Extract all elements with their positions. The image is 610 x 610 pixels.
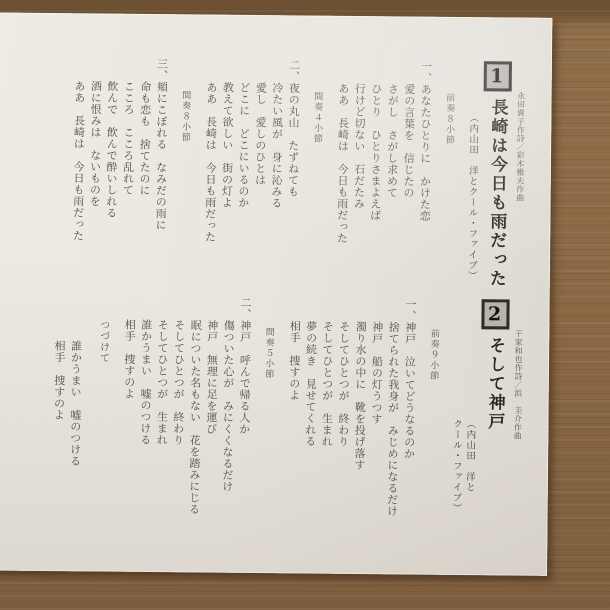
song1-interlude-2-label: 間奏８小節 [177,90,192,300]
song1-title-group: 永田貴子作詩／彩木雅夫作曲 1長崎は今日も雨だった （内山田 洋とクール・ファイ… [464,61,527,304]
song1-intro-label: 前奏８小節 [441,93,456,303]
song2-performer: （内山田 洋と クール・ファイブ） [449,419,477,565]
song2-coda-lines: 誰かうまい 嘘のつける 相手 捜すのよ [49,317,84,561]
song1-verse-3: 三、頬にこぼれる なみだの雨に 命も恋も 捨てたのに こころ こころ乱れて 飲ん… [68,57,169,300]
song2-title-column: 2そして神戸 [479,299,510,565]
song2-verse-2: 二、神戸 呼んで帰る人か 傷ついた心が みにくくなるだけ 神戸 無理に足を運び … [119,296,254,563]
song1-interlude-1-label: 間奏４小節 [309,92,324,302]
song1-performer: （内山田 洋とクール・ファイブ） [464,113,479,303]
song1-credits: 永田貴子作詩／彩木雅夫作曲 [514,92,527,304]
song2-intro-label: 前奏９小節 [426,329,441,565]
song-section-1: 永田貴子作詩／彩木雅夫作曲 1長崎は今日も雨だった （内山田 洋とクール・ファイ… [64,57,528,303]
lyric-sheet-paper: 永田貴子作詩／彩木雅夫作曲 1長崎は今日も雨だった （内山田 洋とクール・ファイ… [0,12,552,575]
song2-verse-1: 一、神戸 泣いてどうなるのか 捨てられた我身が みじめになるだけ 神戸 船の灯う… [284,297,419,564]
song2-coda-label: つづけて [94,319,111,561]
song2-credits: 千家和也作詩／浜 圭介作曲 [511,329,524,565]
song1-number-badge: 1 [484,61,512,91]
song1-verse-1: 一、あなたひとりに かけた恋 愛の言葉を 信じたの さがし さがし求めて ひとり… [332,60,433,303]
song1-title: 長崎は今日も雨だった [486,98,508,288]
song2-title-group: 千家和也作詩／浜 圭介作曲 2そして神戸 （内山田 洋と クール・ファイブ） [449,299,525,566]
song-section-2: 千家和也作詩／浜 圭介作曲 2そして神戸 （内山田 洋と クール・ファイブ） 前… [45,295,526,566]
song2-interlude-1-label: 間奏５小節 [261,327,276,563]
song1-verse-2: 二、夜の丸山 たずねても 冷たい風が 身に沁みる 愛し 愛しのひとは どこに ど… [200,59,301,302]
song2-number-badge: 2 [481,299,509,329]
song2-title: そして神戸 [484,336,505,431]
song1-title-column: 1長崎は今日も雨だった [482,61,512,303]
